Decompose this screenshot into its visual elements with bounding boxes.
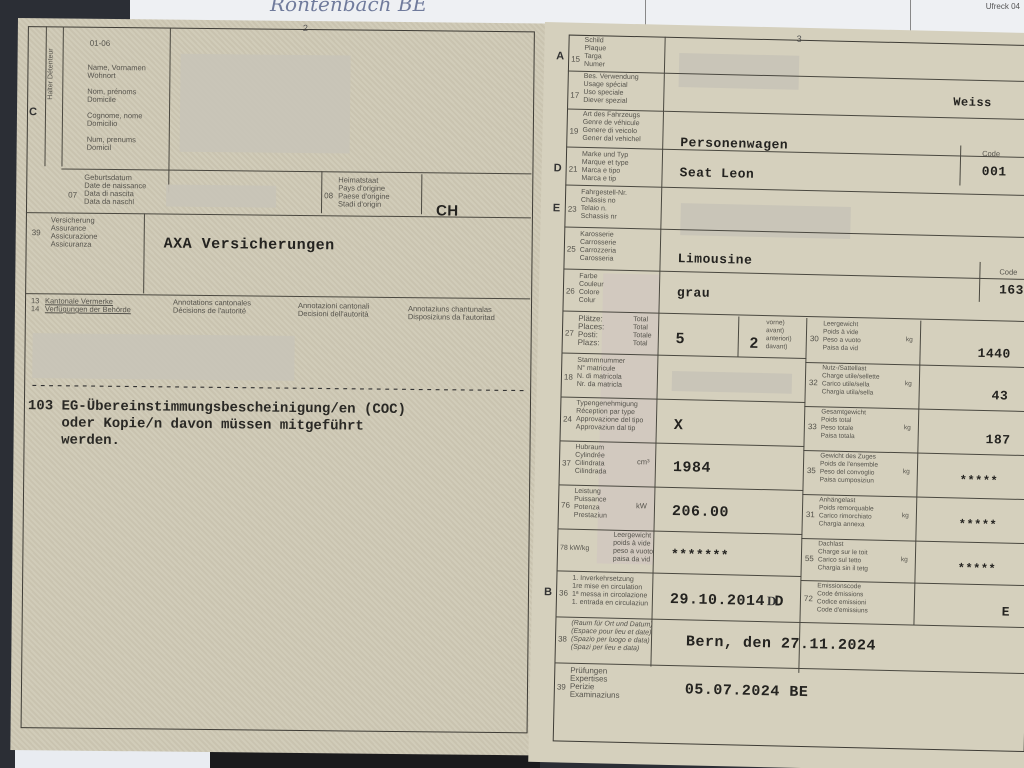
holder-field-number: 01-06 [90, 39, 111, 48]
displacement-unit: cm³ [637, 458, 650, 466]
place-date-label: (Raum für Ort und Datum) (Espace pour li… [571, 620, 653, 654]
annotation-redacted [32, 333, 294, 381]
type-approval-label: Typengenehmigung Réception par type Appr… [576, 400, 644, 434]
field-number: 78 kW/kg [560, 544, 589, 553]
make-type-label: Marke und Typ Marque et type Marca e tip… [581, 151, 628, 184]
unit: kg [903, 468, 910, 476]
field-number: 23 [568, 205, 577, 214]
empty-weight-value: 1440 [977, 346, 1011, 362]
special-use-label: Bes. Verwendung Usage spécial Uso specia… [583, 73, 639, 106]
trailer-load-value: ***** [959, 518, 998, 533]
field-number: 21 [569, 165, 578, 174]
field-number: 76 [561, 500, 570, 509]
matriculation-label: Stammnummer N° matricule N. di matricola… [577, 357, 626, 390]
emission-code-value: E [1002, 605, 1011, 620]
holder-vertical-label: Halter Détenteur [47, 48, 56, 99]
left-page: 2 C Halter Détenteur 01-06 Name, Vorname… [10, 18, 558, 756]
seats-label: Plätze: Places: Posti: Plazs: [578, 315, 605, 348]
field-number: 19 [569, 127, 578, 136]
field-number: 32 [809, 378, 818, 387]
colour-extra-value: Weiss [953, 95, 992, 110]
field-number: 72 [804, 594, 813, 603]
total-weight-value: 187 [985, 432, 1010, 448]
power-label: Leistung Puissance Potenza Prestaziun [574, 488, 608, 521]
field-number: 27 [565, 329, 574, 338]
section-letter-b: B [544, 586, 552, 598]
displacement-label: Hubraum Cylindrée Cilindrata Cilindrada [575, 444, 607, 477]
annotations-de: Kantonale Vermerke Verfügungen der Behör… [45, 297, 131, 314]
field-number: 26 [566, 287, 575, 296]
plate-redacted [679, 53, 800, 90]
unit: kg [902, 512, 909, 520]
field-number: 35 [807, 466, 816, 475]
annotations-it: Annotazioni cantonali Decisioni dell'aut… [298, 302, 369, 319]
colour-label: Farbe Couleur Colore Colur [579, 273, 604, 306]
unit: kg [901, 556, 908, 564]
field-number: 36 [559, 588, 568, 597]
power-unit: kW [636, 502, 647, 510]
vehicle-genre-label: Art des Fahrzeugs Genre de véhicule Gene… [582, 111, 641, 144]
field-number: 39 [557, 682, 566, 691]
train-weight-label: Gewicht des Zuges Poids de l'ensemble Pe… [820, 452, 879, 485]
field-number: 30 [810, 334, 819, 343]
plate-label: Schild Plaque Targa Numer [584, 37, 607, 69]
first-registration-label: 1. Inverkehrsetzung 1re mise en circulat… [572, 575, 649, 609]
insurance-number: 39 [32, 228, 41, 237]
chassis-label: Fahrgestell-Nr. Châssis no Telaio n. Sch… [580, 189, 627, 222]
seats-front-label: vorne) avant) anteriori) davant) [766, 319, 792, 352]
field-number: 37 [562, 459, 571, 468]
field-number: 38 [558, 634, 567, 643]
code-103-note: 103 EG-Übereinstimmungsbescheinigung/en … [27, 398, 406, 453]
section-letter-e: E [553, 202, 561, 214]
seats-total-value: 5 [676, 330, 685, 347]
power-value: 206.00 [672, 503, 729, 521]
origin-number: 08 [324, 191, 333, 200]
insurance-value: AXA Versicherungen [164, 236, 335, 255]
birth-date-label: Geburtsdatum Date de naissance Data di n… [84, 174, 146, 207]
field-number: 25 [567, 245, 576, 254]
corner-text: Ufreck 04 [986, 2, 1020, 11]
total-weight-label: Gesamtgewicht Poids total Peso totale Pa… [821, 408, 867, 441]
unit: kg [906, 336, 913, 344]
inspections-label: Prüfungen Expertises Perizie Examinaziun… [570, 667, 621, 700]
handwriting: Röntenbach BE [270, 0, 427, 16]
right-page: 3 A 15 Schild Plaque Targa Numer 17 Bes.… [528, 22, 1024, 768]
field-number: 24 [563, 415, 572, 424]
section-letter-c: C [29, 106, 37, 118]
holder-name-redacted [180, 54, 351, 154]
annotations-numbers: 13 14 [31, 297, 40, 313]
inspections-value: 05.07.2024 BE [685, 681, 809, 701]
train-weight-value: ***** [960, 474, 999, 489]
annotations-rm: Annotaziuns chantunalas Disposiziuns da … [408, 305, 495, 322]
payload-label: Nutz-/Sattellast Charge utile/sellette C… [822, 364, 880, 397]
field-number: 17 [570, 91, 579, 100]
seats-front-value: 2 [750, 335, 759, 352]
roof-load-label: Dachlast Charge sur le toit Carico sul t… [818, 540, 869, 573]
field-number: 15 [571, 55, 580, 64]
holder-label: Name, Vornamen Wohnort Nom, prénoms Domi… [87, 64, 146, 153]
roof-load-value: ***** [958, 562, 997, 577]
power-weight-value: ******* [671, 547, 729, 563]
body-value: Limousine [677, 251, 752, 268]
body-code-label: Code [999, 268, 1017, 276]
body-label: Karosserie Carrosserie Carrozzeria Caros… [580, 231, 617, 264]
body-code-value: 163 [999, 282, 1024, 298]
section-letter-d-second: D [767, 593, 777, 609]
birth-date-number: 07 [68, 191, 77, 200]
empty-weight-label: Leergewicht Poids à vide Peso a vuoto Pa… [823, 320, 862, 353]
make-type-value: Seat Leon [679, 165, 754, 182]
field-number: 31 [806, 510, 815, 519]
colour-value: grau [677, 285, 711, 301]
displacement-value: 1984 [673, 459, 711, 477]
annotations-fr: Annotations cantonales Décisions de l'au… [173, 299, 251, 316]
field-number: 55 [805, 554, 814, 563]
field-number: 18 [564, 373, 573, 382]
origin-label: Heimatstaat Pays d'origine Paese d'origi… [338, 176, 390, 209]
emission-code-label: Emissionscode Code émissions Codice emis… [817, 582, 869, 615]
payload-value: 43 [991, 388, 1008, 403]
field-number: 33 [808, 422, 817, 431]
unit: kg [904, 424, 911, 432]
seats-total-label: Total Total Totale Total [633, 316, 652, 348]
birth-date-redacted [166, 185, 276, 208]
unit: kg [905, 380, 912, 388]
matriculation-redacted [672, 371, 792, 394]
section-letter-d: D [554, 162, 562, 174]
power-weight-label: Leergewicht poids à vide peso a vuoto pa… [613, 532, 654, 565]
trailer-load-label: Anhängelast Poids remorquable Carico rim… [819, 496, 874, 529]
insurance-label: Versicherung Assurance Assicurazione Ass… [51, 216, 98, 248]
type-approval-value: X [674, 417, 684, 434]
section-letter-a: A [556, 50, 564, 62]
genre-code-value: 001 [982, 164, 1007, 180]
